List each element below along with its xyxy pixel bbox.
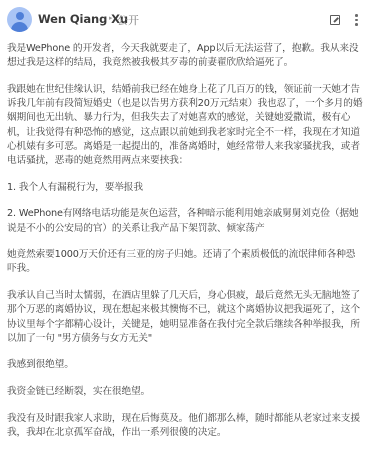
paragraph: 2. WePhone有网络电话功能是灰色运营，各种暗示能利用她亲戚舅舅刘克俭（据… (7, 207, 363, 235)
dot (355, 23, 358, 26)
avatar-head-shape (16, 12, 24, 20)
dot (355, 14, 358, 17)
paragraph: 我资金链已经断裂，实在很绝望。 (7, 385, 363, 399)
post-header: Wen Qiang Xu ▸ 公开 (0, 0, 368, 38)
more-options-icon[interactable] (355, 14, 358, 27)
paragraph: 我承认自己当时太懦弱，在酒店里躲了几天后，身心俱疲，最后竟然无头无脑地签了那个万… (7, 289, 363, 346)
paragraph: 她竟然索要1000万天价还有三亚的房子归她。还请了个素质极低的流氓律师各种恐吓我… (7, 248, 363, 276)
post-body: 我是WePhone 的开发者，今天我就要走了，App以后无法运营了，抱歉。我从来… (7, 42, 363, 453)
visibility-label: 公开 (117, 12, 139, 28)
paragraph: 1. 我个人有漏税行为，要举报我 (7, 181, 363, 195)
paragraph: 我跟她在世纪佳缘认识，结婚前我已经在她身上花了几百万的钱，领证前一天她才告诉我几… (7, 83, 363, 168)
paragraph: 我感到很绝望。 (7, 358, 363, 372)
paragraph: 我是WePhone 的开发者，今天我就要走了，App以后无法运营了，抱歉。我从来… (7, 42, 363, 70)
dot (355, 19, 358, 22)
author-name[interactable]: Wen Qiang Xu (38, 12, 128, 26)
paragraph: 我没有及时跟我家人求助，现在后悔莫及。他们都那么棒，随时都能从老家过来支援我，我… (7, 412, 363, 440)
chevron-right-icon: ▸ (109, 14, 113, 22)
open-in-new-icon[interactable] (330, 15, 340, 25)
post-card: Wen Qiang Xu ▸ 公开 我是WePhone 的开发者，今天我就要走了… (0, 0, 368, 465)
avatar[interactable] (7, 7, 32, 32)
avatar-body-shape (11, 22, 28, 32)
